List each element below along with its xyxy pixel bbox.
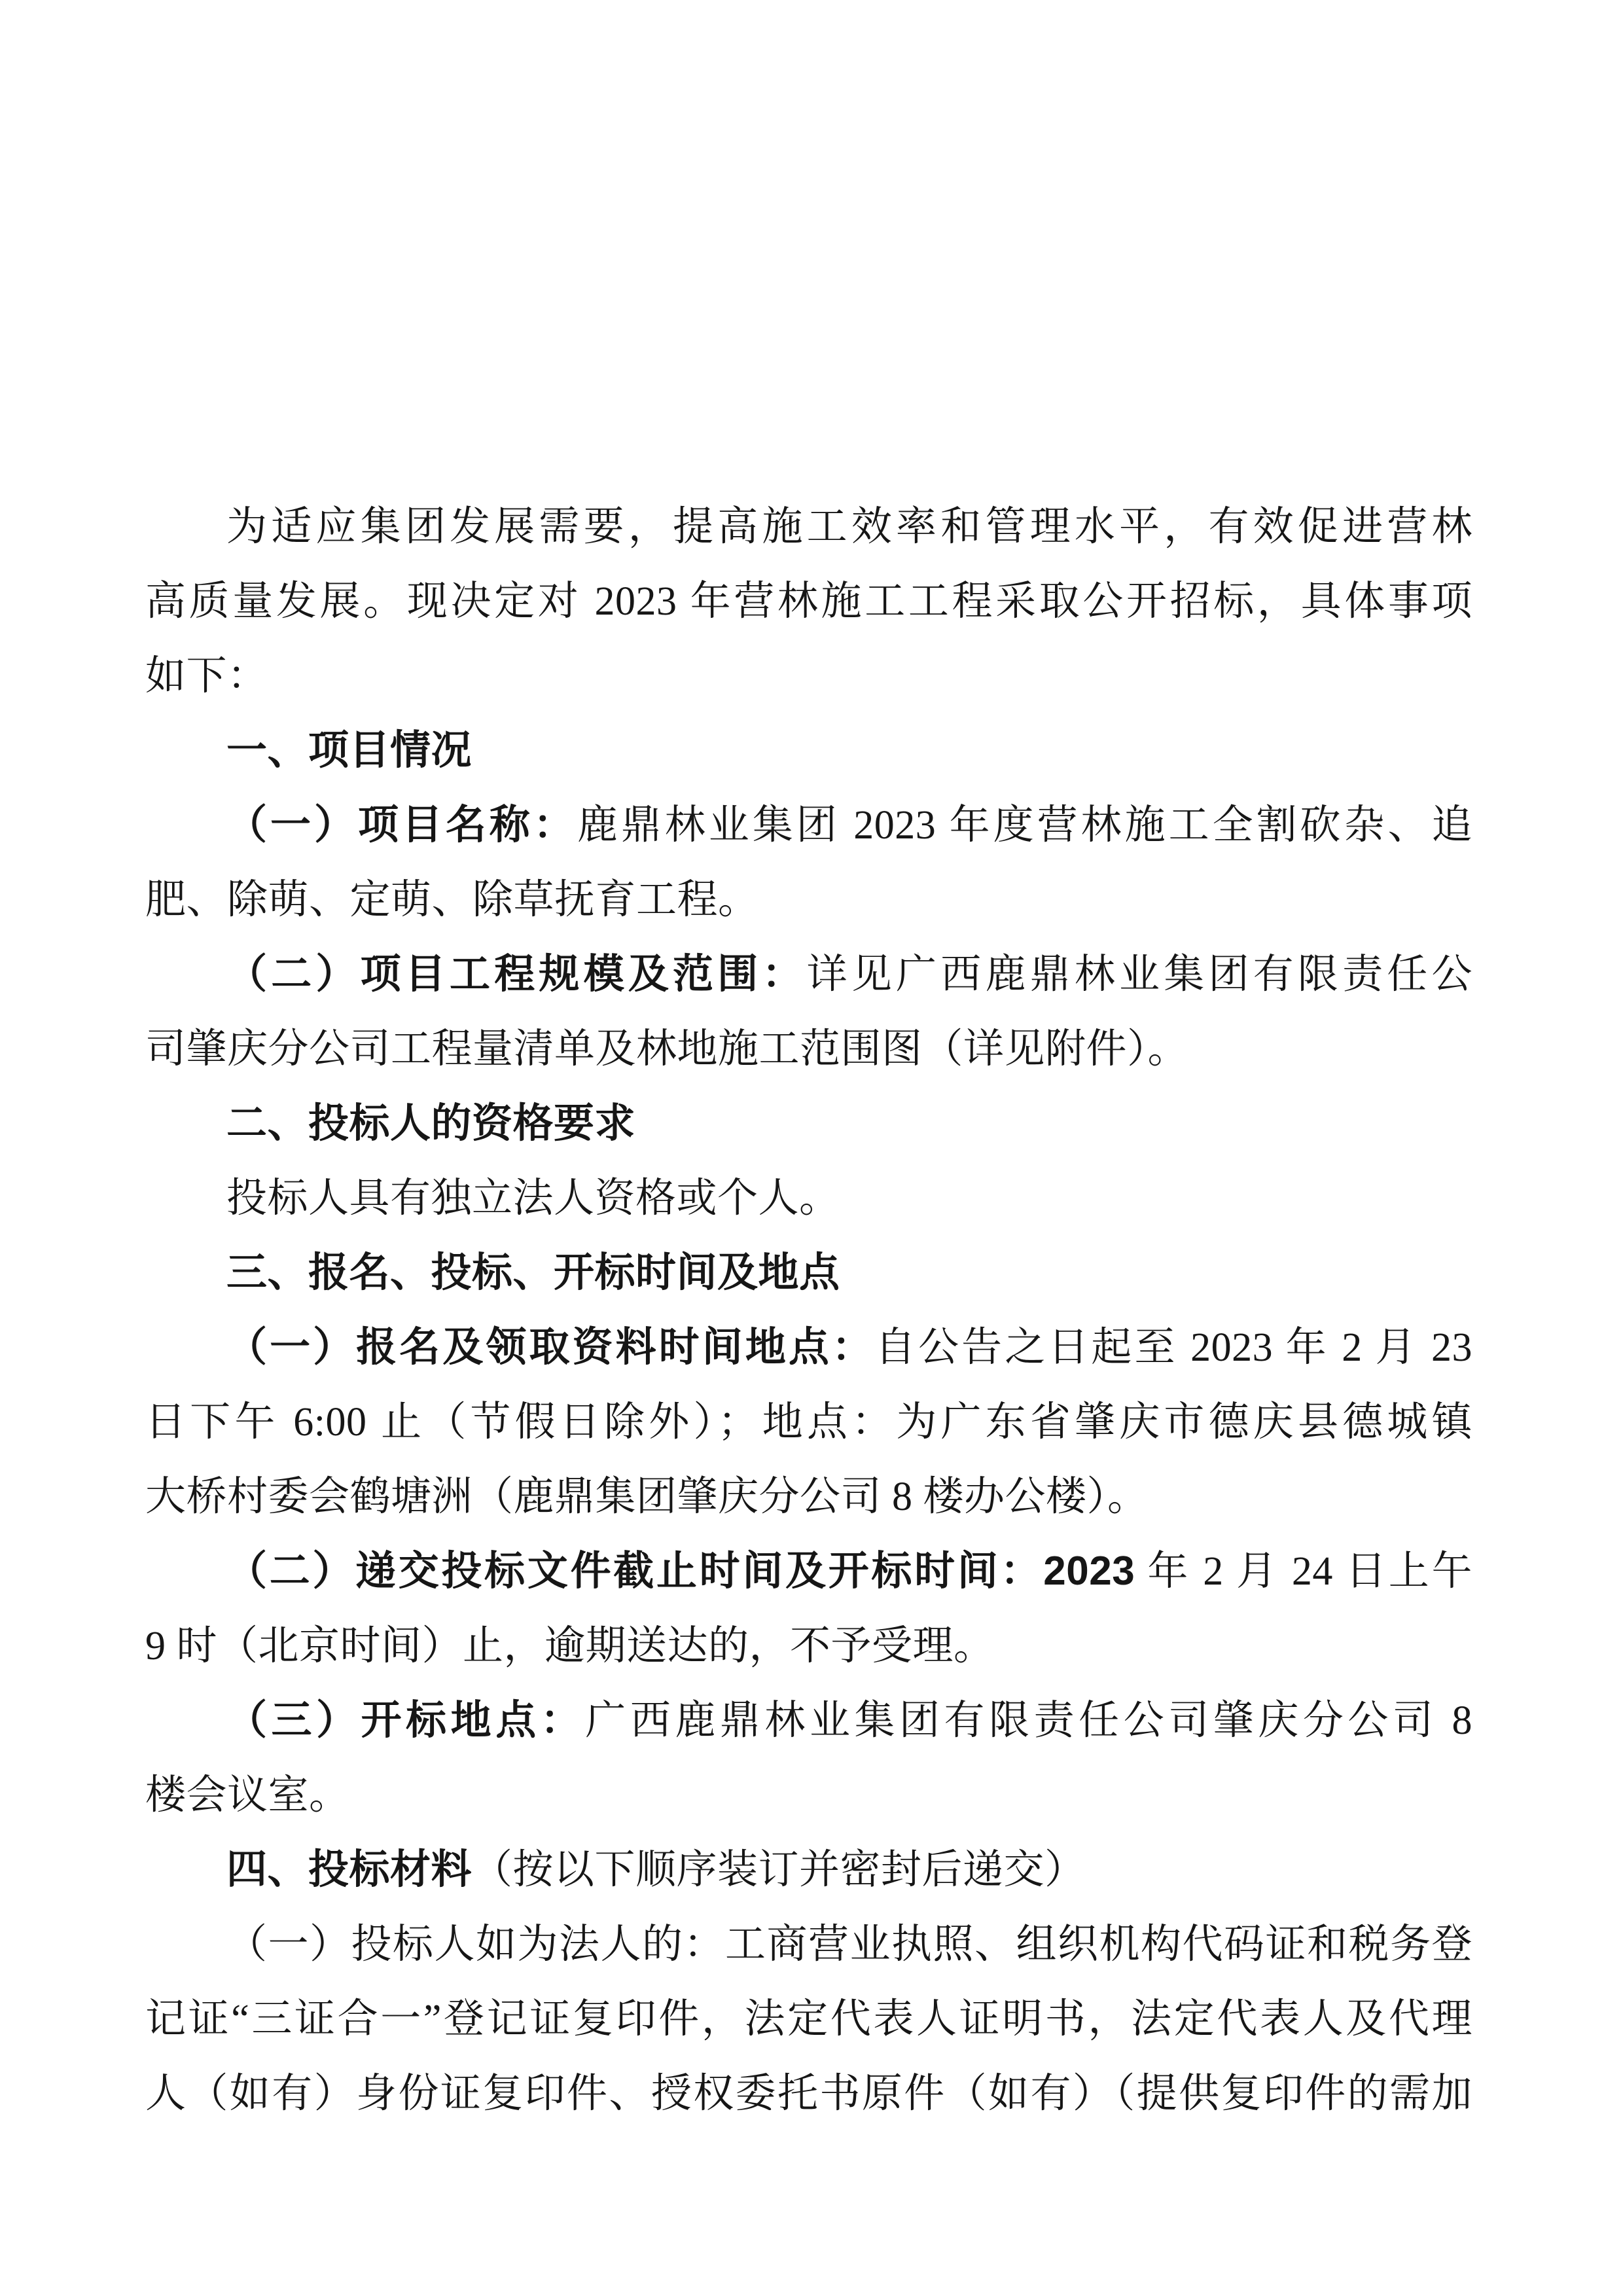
body-paragraph: （一）投标人如为法人的：工商营业执照、组织机构代码证和税务登记证“三证合一”登记… (145, 1907, 1472, 2131)
text-line: 二、投标人的资格要求 (145, 1086, 1472, 1161)
section-heading-text: 四、投标材料 (226, 1847, 472, 1892)
subheading-text: （二）递交投标文件截止时间及开标时间： (226, 1549, 1043, 1594)
text-line: （一）报名及领取资料时间地点：自公告之日起至 2023 年 2 月 23 (145, 1310, 1472, 1385)
text-line: 大桥村委会鹤塘洲（鹿鼎集团肇庆分公司 8 楼办公楼）。 (145, 1460, 1472, 1534)
text-line: 记证“三证合一”登记证复印件，法定代表人证明书，法定代表人及代理 (145, 1982, 1472, 2056)
section-heading-text: 一、项目情况 (226, 728, 472, 773)
body-paragraph: 投标人具有独立法人资格或个人。 (145, 1161, 1472, 1236)
section-heading-paragraph: 四、投标材料（按以下顺序装订并密封后递交） (145, 1833, 1472, 1907)
body-text: 楼会议室。 (145, 1773, 350, 1818)
section-heading-paragraph: 一、项目情况 (145, 713, 1472, 788)
body-paragraph: （一）项目名称：鹿鼎林业集团 2023 年度营林施工全割砍杂、追肥、除萌、定萌、… (145, 788, 1472, 937)
body-text: 广西鹿鼎林业集团有限责任公司肇庆分公司 8 (585, 1698, 1472, 1743)
body-text: 肥、除萌、定萌、除草抚育工程。 (145, 878, 759, 922)
body-paragraph: （三）开标地点：广西鹿鼎林业集团有限责任公司肇庆分公司 8楼会议室。 (145, 1683, 1472, 1833)
body-text: 如下： (145, 654, 268, 698)
body-text: 大桥村委会鹤塘洲（鹿鼎集团肇庆分公司 8 楼办公楼）。 (145, 1475, 1149, 1519)
text-line: 如下： (145, 639, 1472, 713)
section-heading-text: 二、投标人的资格要求 (226, 1101, 635, 1146)
text-line: 司肇庆分公司工程量清单及林地施工范围图（详见附件）。 (145, 1012, 1472, 1086)
text-line: （二）递交投标文件截止时间及开标时间：2023 年 2 月 24 日上午 (145, 1534, 1472, 1609)
date-number-text: 2023 (1043, 1549, 1135, 1594)
text-line: （一）项目名称：鹿鼎林业集团 2023 年度营林施工全割砍杂、追 (145, 788, 1472, 863)
text-line: 投标人具有独立法人资格或个人。 (145, 1161, 1472, 1236)
text-line: 四、投标材料（按以下顺序装订并密封后递交） (145, 1833, 1472, 1907)
text-line: 人（如有）身份证复印件、授权委托书原件（如有）（提供复印件的需加 (145, 2056, 1472, 2131)
subheading-text: （三）开标地点： (226, 1698, 585, 1743)
body-text: （按以下顺序装订并密封后递交） (472, 1848, 1086, 1892)
text-line: 三、报名、投标、开标时间及地点 (145, 1236, 1472, 1310)
body-text: 高质量发展。现决定对 2023 年营林施工工程采取公开招标，具体事项 (145, 579, 1472, 624)
body-paragraph: （一）报名及领取资料时间地点：自公告之日起至 2023 年 2 月 23日下午 … (145, 1310, 1472, 1534)
text-line: 肥、除萌、定萌、除草抚育工程。 (145, 863, 1472, 937)
body-text: 日下午 6:00 止（节假日除外）；地点：为广东省肇庆市德庆县德城镇 (145, 1400, 1472, 1444)
body-paragraph: （二）递交投标文件截止时间及开标时间：2023 年 2 月 24 日上午9 时（… (145, 1534, 1472, 1683)
section-heading-paragraph: 二、投标人的资格要求 (145, 1086, 1472, 1161)
text-line: （三）开标地点：广西鹿鼎林业集团有限责任公司肇庆分公司 8 (145, 1683, 1472, 1758)
body-text: 司肇庆分公司工程量清单及林地施工范围图（详见附件）。 (145, 1027, 1188, 1071)
text-line: 日下午 6:00 止（节假日除外）；地点：为广东省肇庆市德庆县德城镇 (145, 1385, 1472, 1460)
body-paragraph: 为适应集团发展需要，提高施工效率和管理水平，有效促进营林高质量发展。现决定对 2… (145, 490, 1472, 713)
body-paragraph: （二）项目工程规模及范围：详见广西鹿鼎林业集团有限责任公司肇庆分公司工程量清单及… (145, 937, 1472, 1086)
text-line: （二）项目工程规模及范围：详见广西鹿鼎林业集团有限责任公 (145, 937, 1472, 1012)
text-line: 楼会议室。 (145, 1758, 1472, 1833)
text-line: （一）投标人如为法人的：工商营业执照、组织机构代码证和税务登 (145, 1907, 1472, 1982)
text-line: 为适应集团发展需要，提高施工效率和管理水平，有效促进营林 (145, 490, 1472, 564)
body-text: （一）投标人如为法人的：工商营业执照、组织机构代码证和税务登 (226, 1922, 1472, 1967)
body-text: 人（如有）身份证复印件、授权委托书原件（如有）（提供复印件的需加 (145, 2072, 1472, 2116)
section-heading-paragraph: 三、报名、投标、开标时间及地点 (145, 1236, 1472, 1310)
body-text: 详见广西鹿鼎林业集团有限责任公 (807, 952, 1472, 997)
body-text: 投标人具有独立法人资格或个人。 (226, 1176, 840, 1221)
body-text: 为适应集团发展需要，提高施工效率和管理水平，有效促进营林 (226, 505, 1472, 549)
body-text: 年 2 月 24 日上午 (1135, 1549, 1472, 1594)
text-line: 9 时（北京时间）止，逾期送达的，不予受理。 (145, 1609, 1472, 1683)
body-text: 记证“三证合一”登记证复印件，法定代表人证明书，法定代表人及代理 (145, 1997, 1472, 2041)
subheading-text: （二）项目工程规模及范围： (226, 952, 807, 997)
body-text: 9 时（北京时间）止，逾期送达的，不予受理。 (145, 1624, 995, 1668)
subheading-text: （一）报名及领取资料时间地点： (226, 1325, 875, 1370)
body-text: 鹿鼎林业集团 2023 年度营林施工全割砍杂、追 (577, 803, 1472, 848)
text-line: 高质量发展。现决定对 2023 年营林施工工程采取公开招标，具体事项 (145, 564, 1472, 639)
body-text: 自公告之日起至 2023 年 2 月 23 (875, 1325, 1472, 1370)
section-heading-text: 三、报名、投标、开标时间及地点 (226, 1250, 840, 1295)
text-line: 一、项目情况 (145, 713, 1472, 788)
subheading-text: （一）项目名称： (226, 803, 577, 848)
document-page: 为适应集团发展需要，提高施工效率和管理水平，有效促进营林高质量发展。现决定对 2… (145, 490, 1472, 2131)
